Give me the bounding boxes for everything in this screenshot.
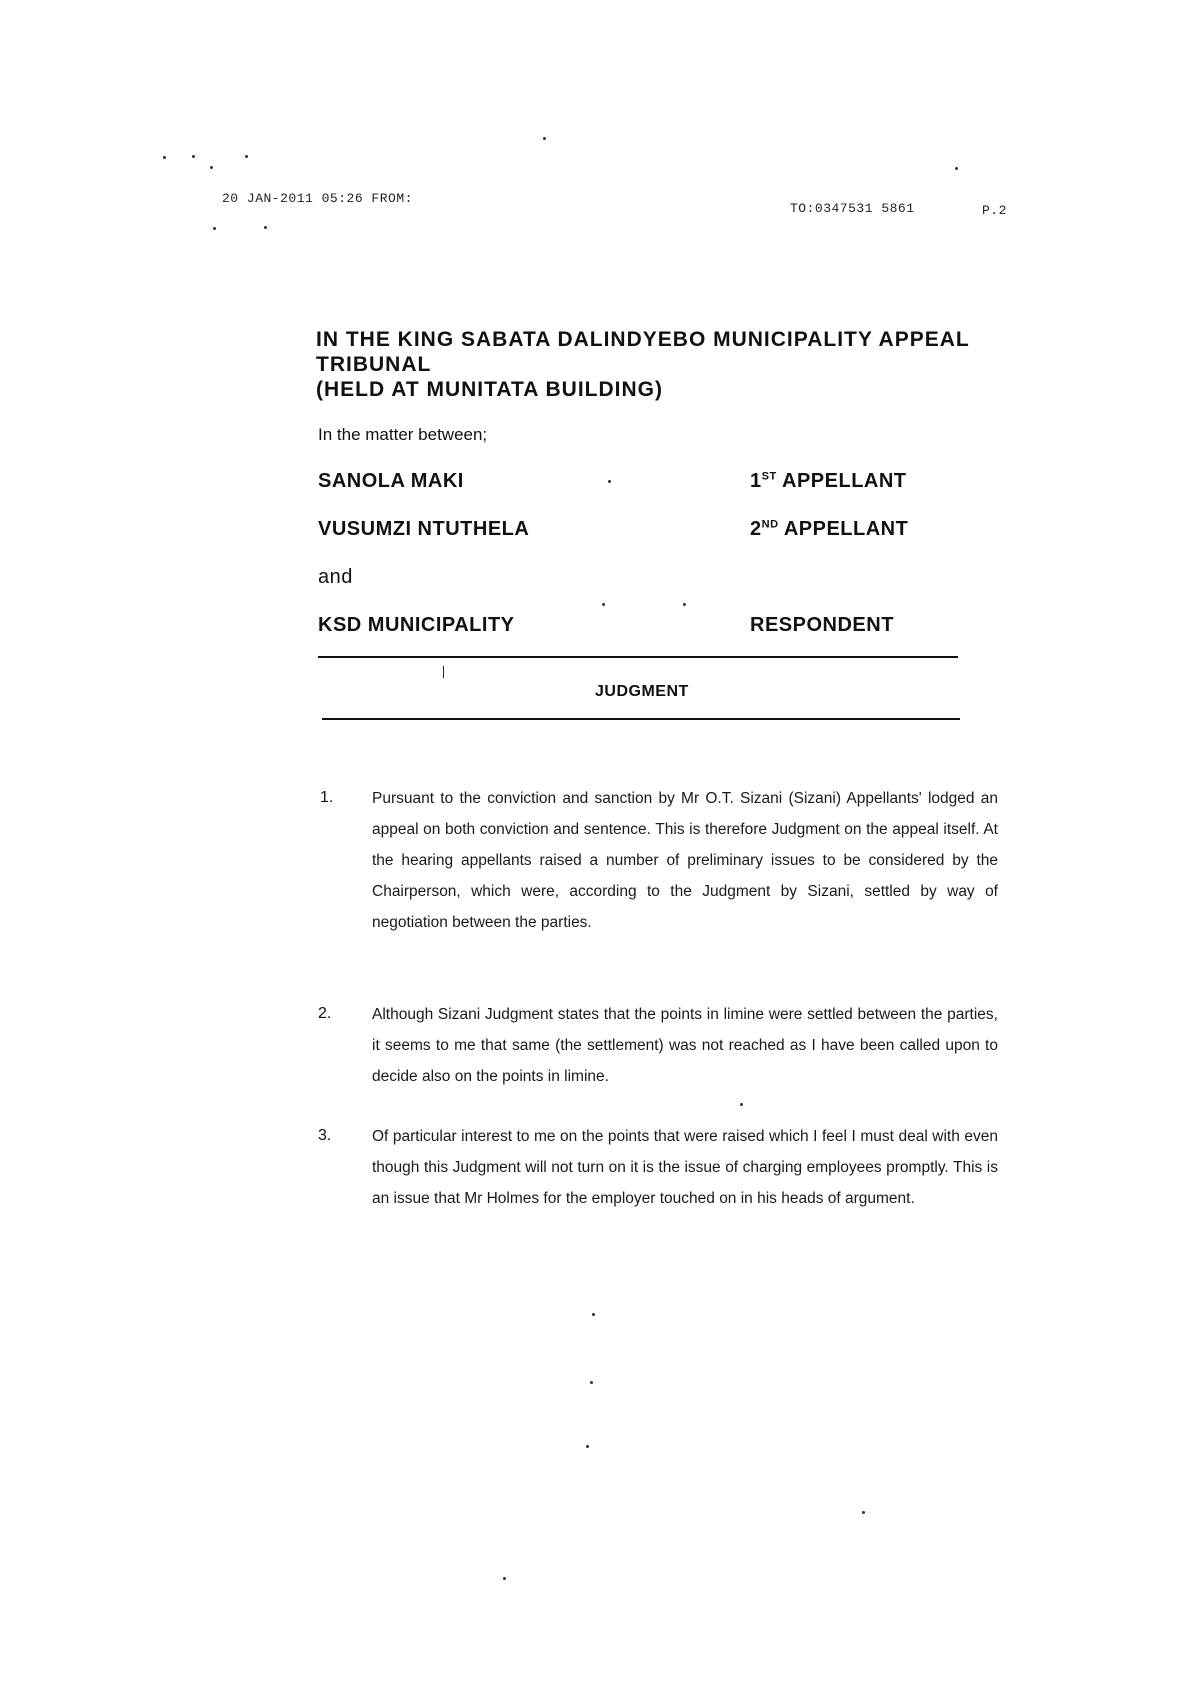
scan-speck — [264, 226, 267, 229]
scan-speck — [586, 1445, 589, 1448]
respondent-name: KSD MUNICIPALITY — [318, 614, 515, 637]
scan-speck — [592, 1313, 595, 1316]
scan-speck — [608, 480, 611, 483]
fax-page-number: P.2 — [982, 203, 1007, 218]
scan-speck — [862, 1511, 865, 1514]
paragraph-number-3: 3. — [318, 1127, 331, 1145]
scan-speck — [192, 155, 195, 158]
conjunction: and — [318, 566, 353, 589]
party-name-1: SANOLA MAKI — [318, 470, 464, 493]
party-role-1: 1ST APPELLANT — [750, 470, 907, 493]
matter-intro: In the matter between; — [318, 425, 487, 445]
respondent-role: RESPONDENT — [750, 614, 894, 637]
paragraph-3: Of particular interest to me on the poin… — [372, 1121, 998, 1214]
party-name-2: VUSUMZI NTUTHELA — [318, 518, 529, 541]
scan-speck — [213, 227, 216, 230]
scan-mark — [443, 666, 444, 678]
court-title: IN THE KING SABATA DALINDYEBO MUNICIPALI… — [316, 327, 970, 402]
scan-speck — [503, 1577, 506, 1580]
bottom-divider — [322, 718, 960, 720]
paragraph-2: Although Sizani Judgment states that the… — [372, 999, 998, 1092]
scan-speck — [602, 603, 605, 606]
paragraph-number-2: 2. — [318, 1005, 331, 1023]
paragraph-number-1: 1. — [320, 789, 333, 807]
scan-speck — [955, 167, 958, 170]
scan-speck — [210, 166, 213, 169]
fax-header-left: 20 JAN-2011 05:26 FROM: — [222, 191, 413, 206]
party-role-2: 2ND APPELLANT — [750, 518, 908, 541]
court-title-line3: (HELD AT MUNITATA BUILDING) — [316, 377, 970, 402]
scan-speck — [740, 1103, 743, 1106]
scan-speck — [245, 155, 248, 158]
scan-speck — [683, 603, 686, 606]
paragraph-1: Pursuant to the conviction and sanction … — [372, 783, 998, 938]
court-title-line2: TRIBUNAL — [316, 352, 970, 377]
top-divider — [318, 656, 958, 658]
judgment-heading: JUDGMENT — [595, 683, 689, 701]
fax-header-to: TO:0347531 5861 — [790, 201, 915, 216]
scan-speck — [163, 156, 166, 159]
scan-speck — [543, 137, 546, 140]
court-title-line1: IN THE KING SABATA DALINDYEBO MUNICIPALI… — [316, 327, 970, 352]
scan-speck — [590, 1381, 593, 1384]
